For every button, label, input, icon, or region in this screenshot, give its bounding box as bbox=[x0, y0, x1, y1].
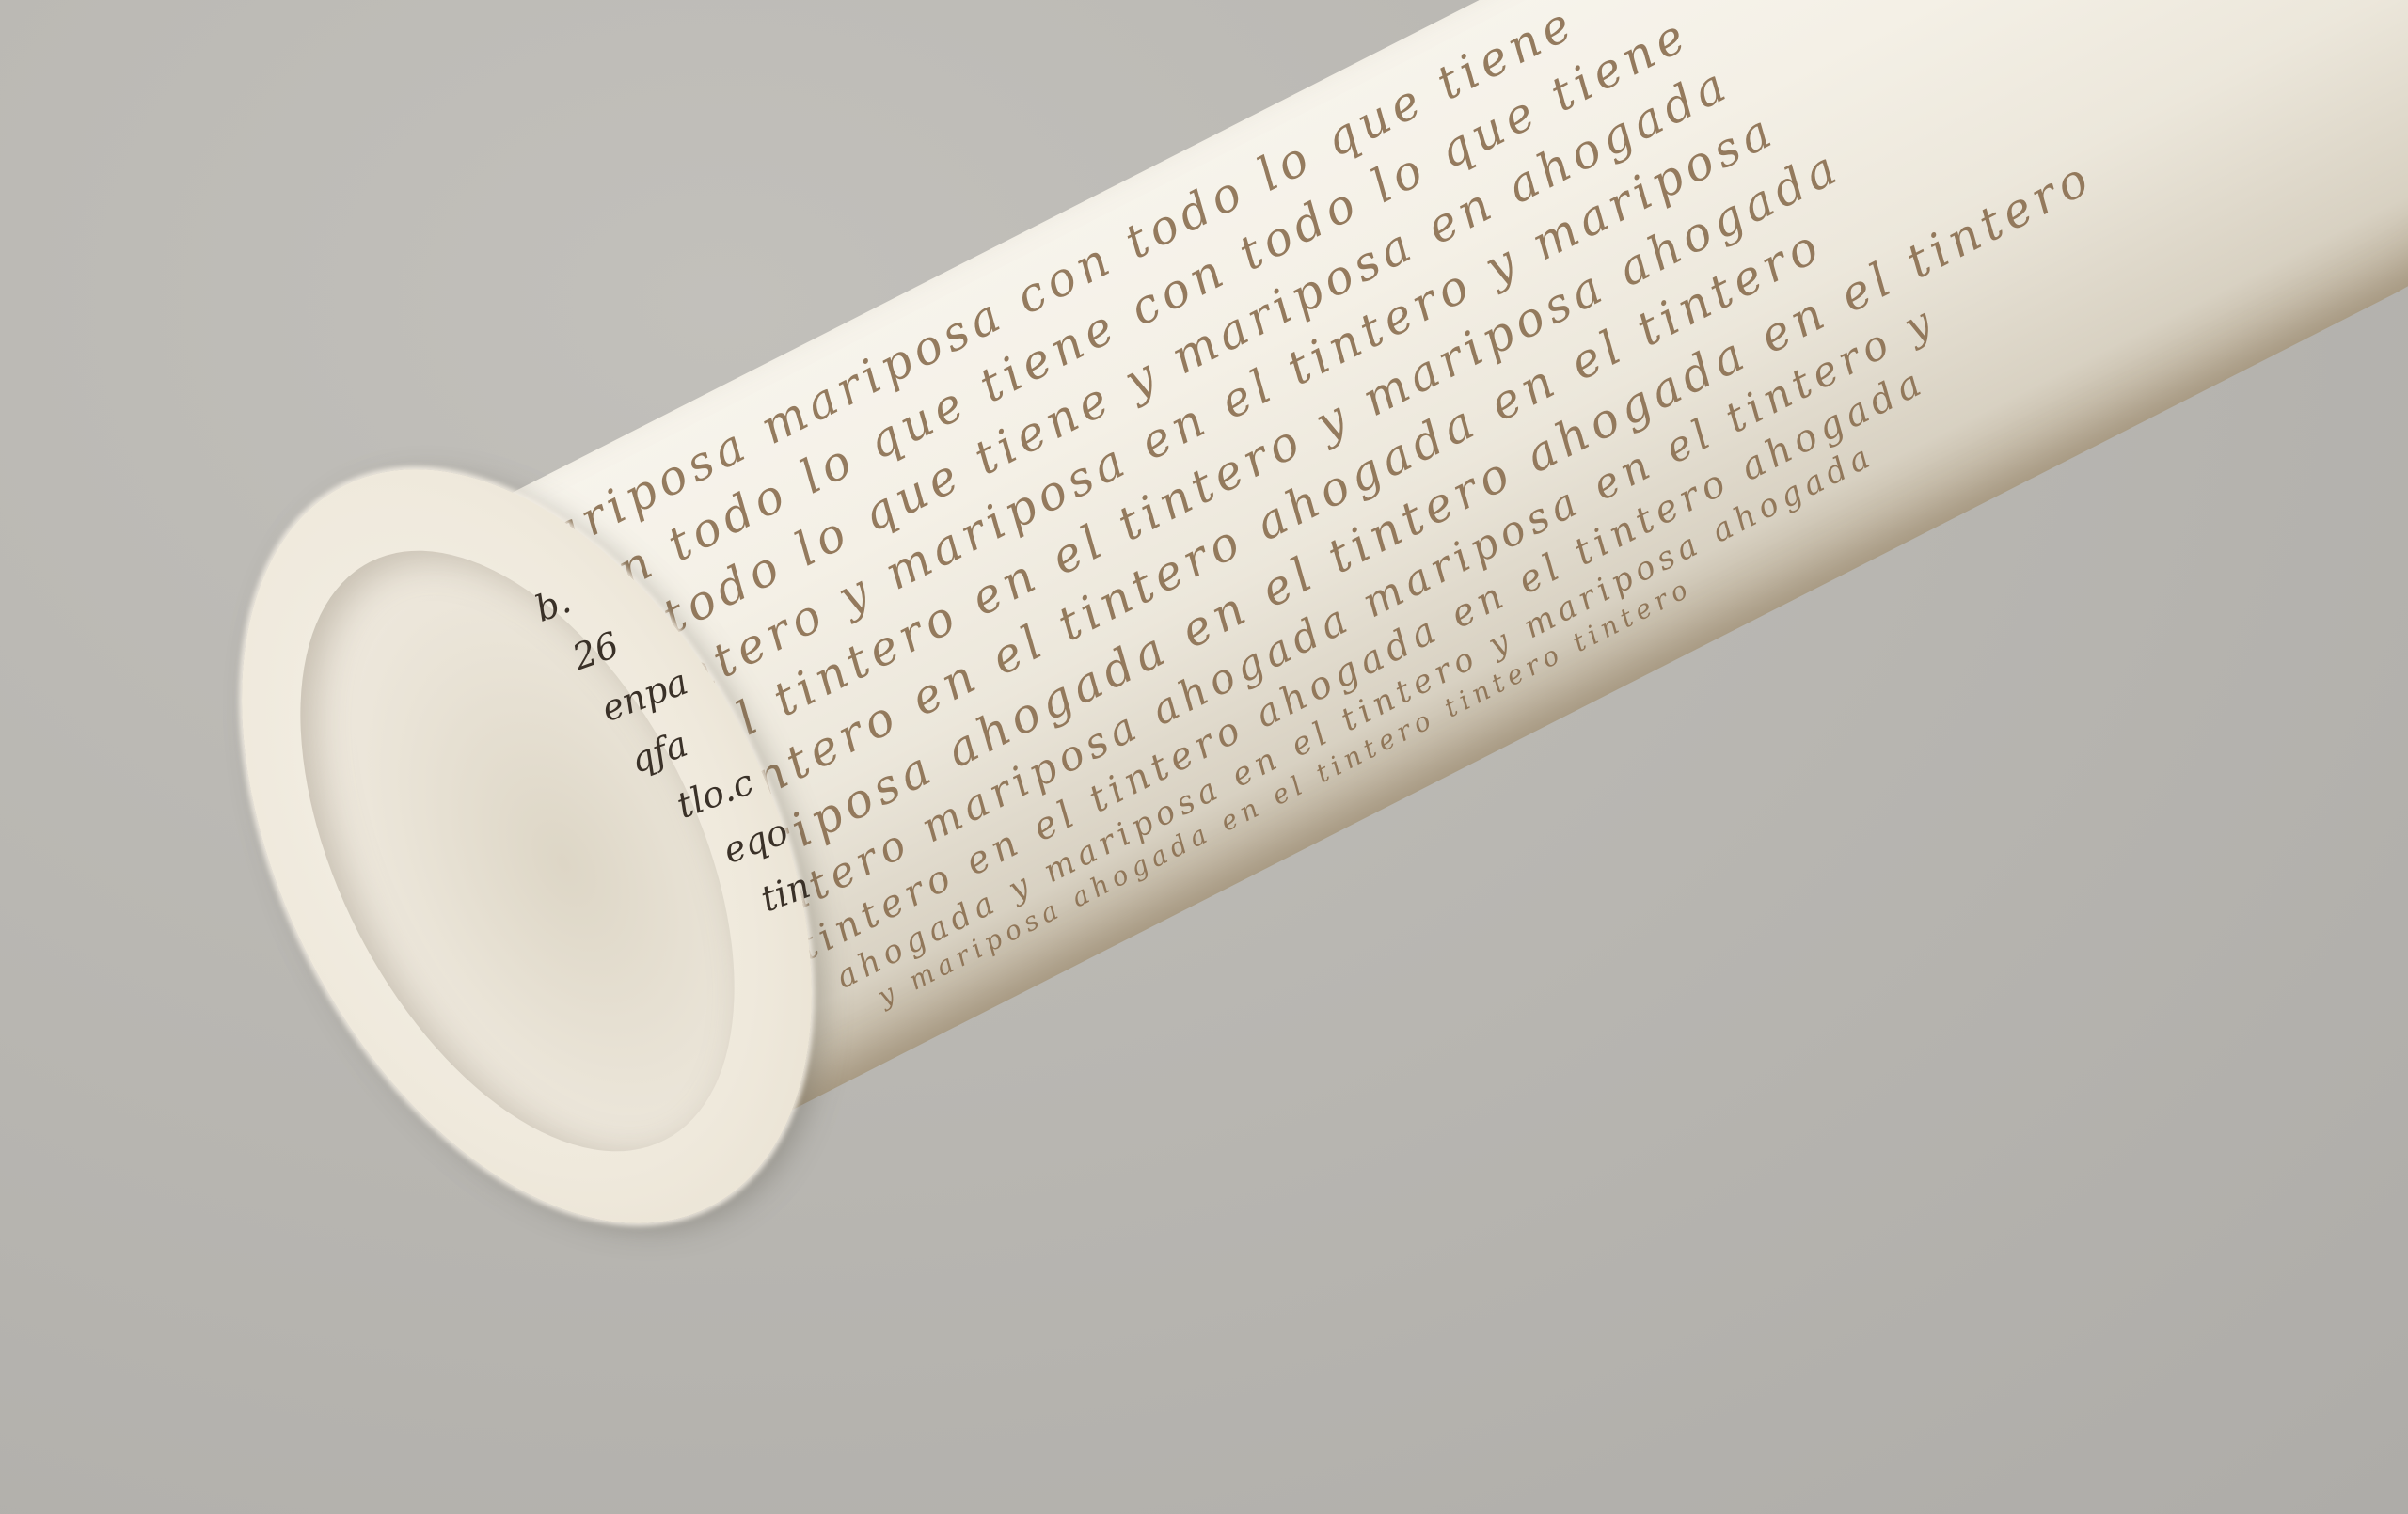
photo-scene: mariposa mariposa con todo lo que tiene … bbox=[0, 0, 2408, 1514]
